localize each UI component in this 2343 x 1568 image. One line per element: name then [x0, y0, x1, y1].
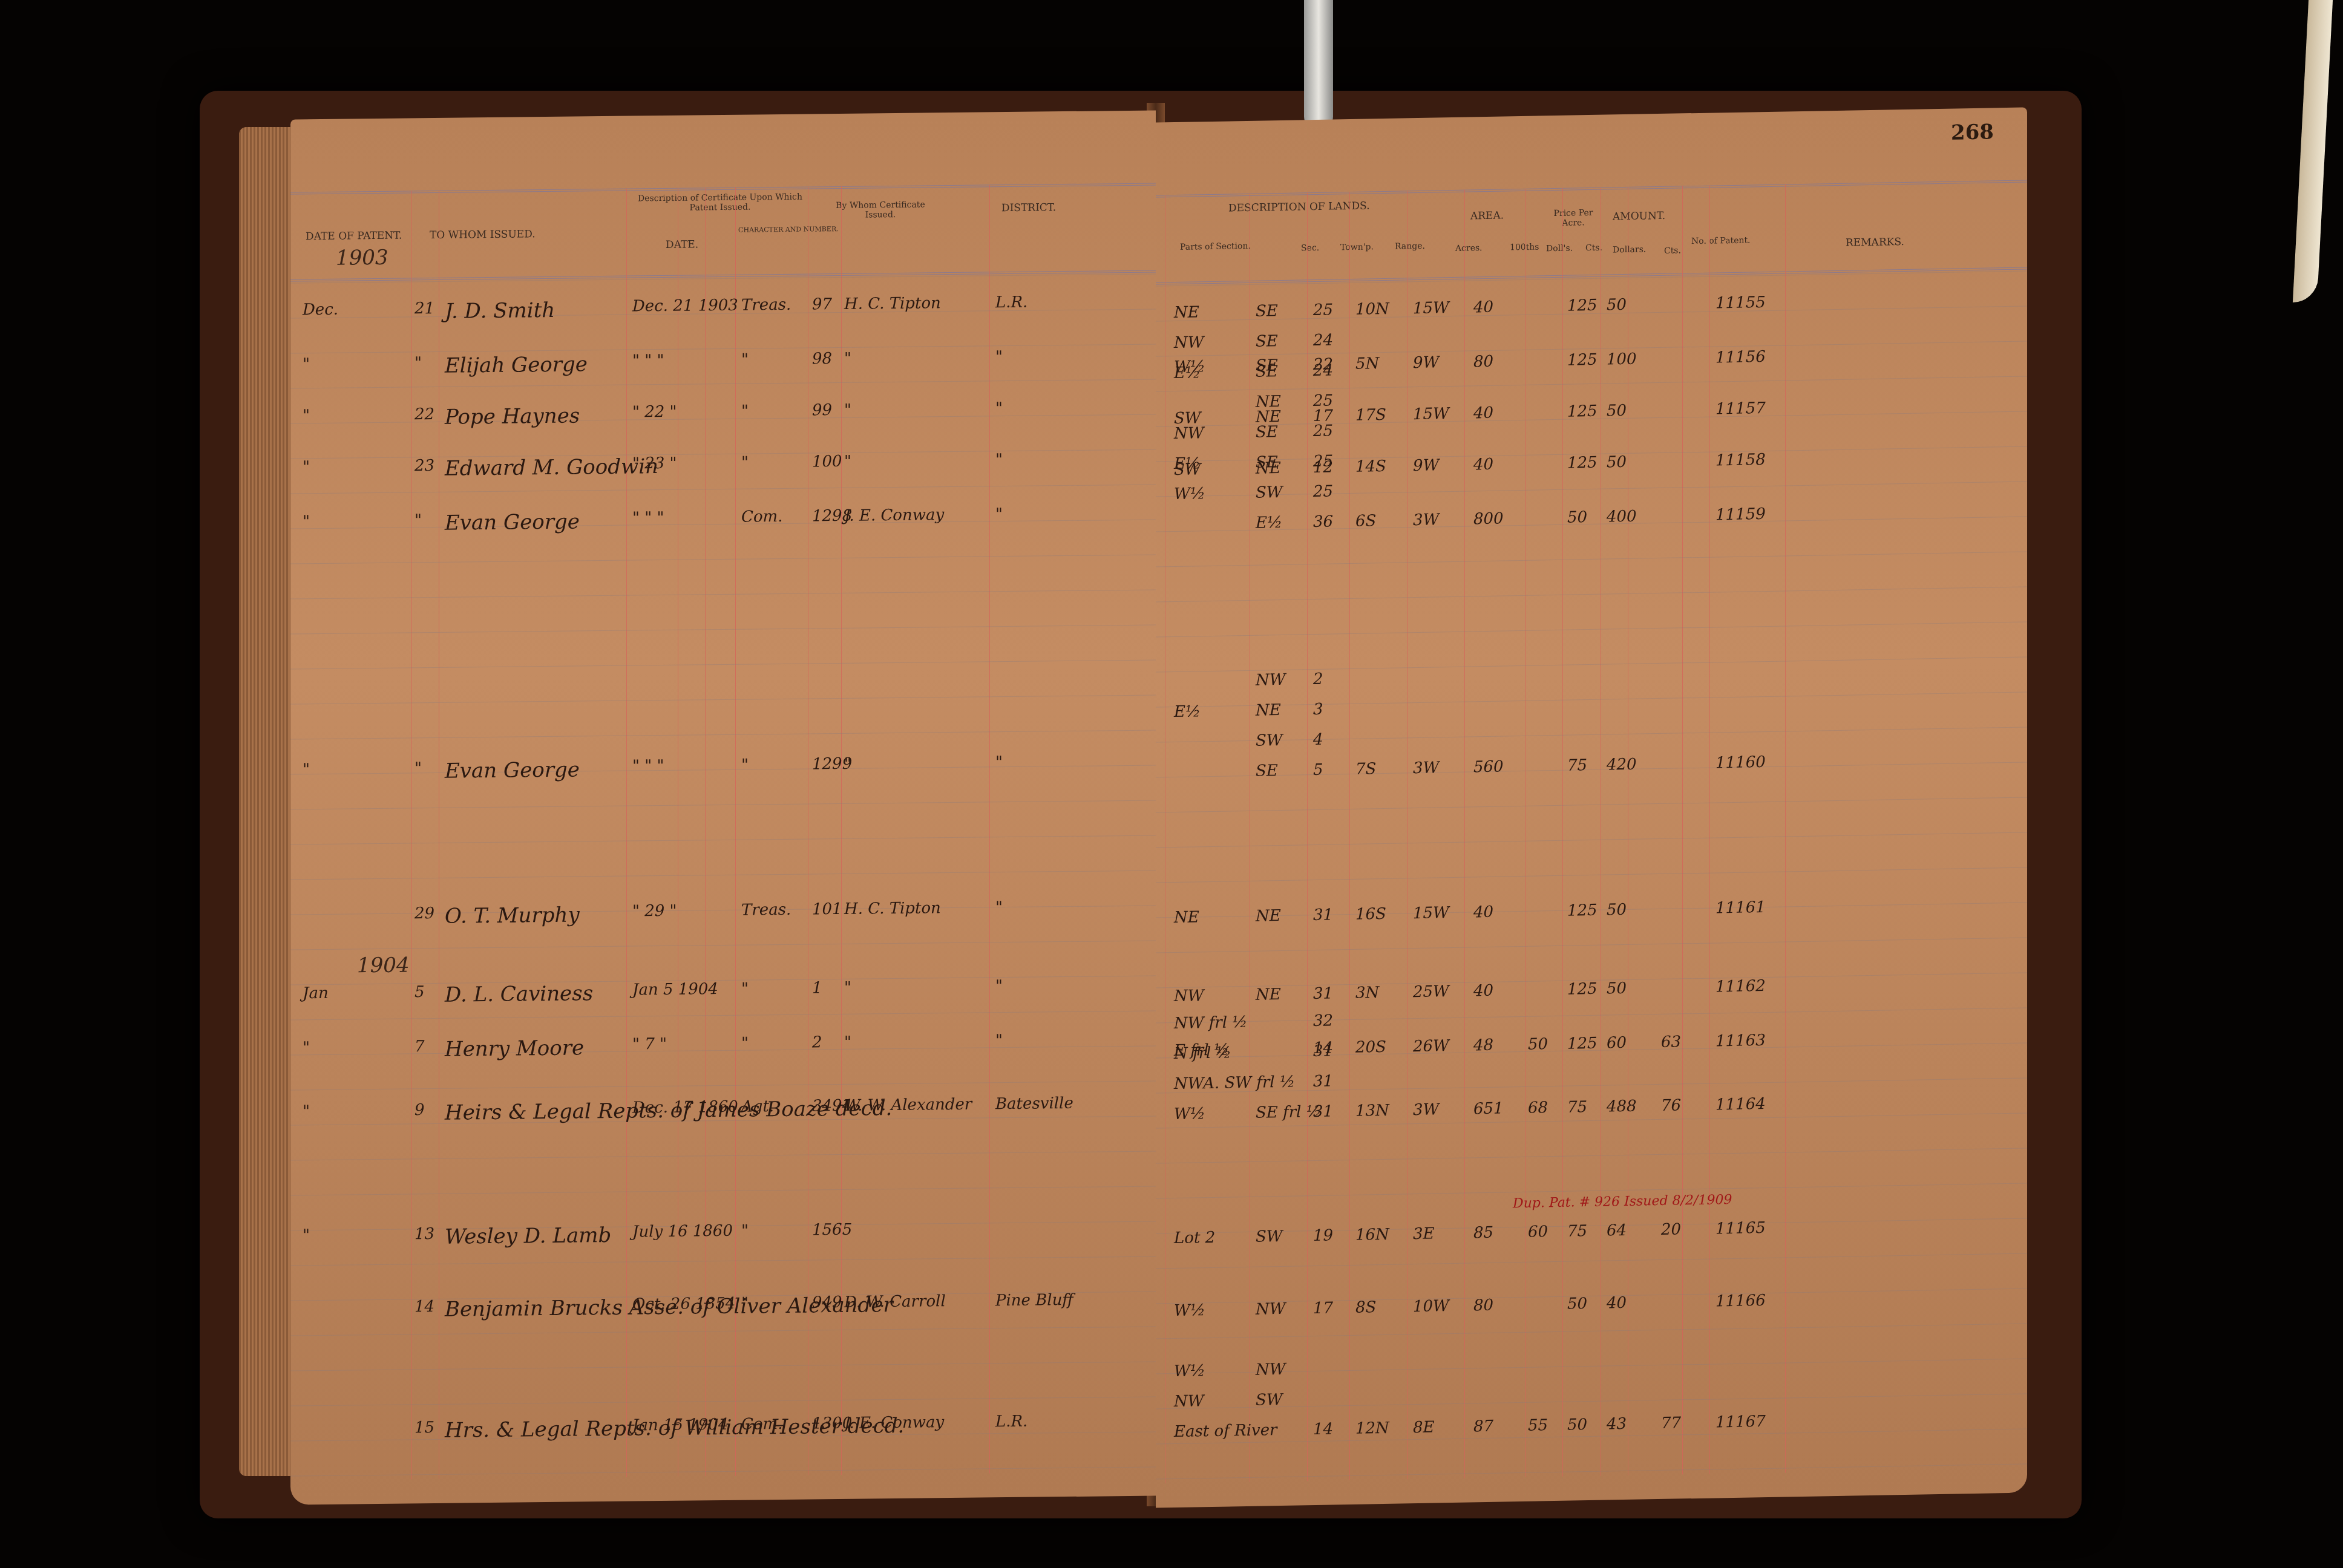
land-quarter: SE frl ½: [1256, 1103, 1322, 1122]
certificate-date: Oct. 26 1854: [632, 1295, 735, 1314]
land-section: 2: [1313, 670, 1323, 688]
duplicate-patent-annotation: Dup. Pat. # 926 Issued 8/2/1909: [1513, 1192, 1732, 1211]
certificate-number: 1565: [812, 1221, 852, 1240]
area-acres: 651: [1473, 1100, 1504, 1119]
patent-day: 7: [415, 1037, 425, 1056]
land-part-of-section: E½: [1174, 702, 1201, 721]
patent-number: 11165: [1715, 1219, 1766, 1238]
patent-month: ": [303, 760, 310, 779]
patent-month: ": [303, 407, 310, 425]
land-section: 24: [1313, 331, 1333, 350]
patent-number: 11157: [1715, 399, 1766, 418]
patent-day: 23: [415, 457, 434, 475]
price-per-acre: 125: [1567, 1034, 1597, 1053]
patent-month: ": [303, 512, 310, 531]
land-district: L.R.: [995, 1413, 1027, 1431]
amount-dollars: 50: [1607, 979, 1627, 998]
patent-day: 5: [415, 983, 425, 1001]
certificate-date: " " ": [632, 757, 664, 776]
area-acres: 40: [1473, 298, 1493, 317]
patent-day: 29: [415, 904, 434, 923]
land-quarter: NE: [1256, 985, 1281, 1004]
certificate-character: Treas.: [741, 901, 791, 920]
land-township: 12N: [1355, 1419, 1389, 1438]
land-quarter: SE: [1256, 453, 1278, 472]
certificate-character: ": [741, 402, 749, 420]
header-certificate-description: Description of Certificate Upon Which Pa…: [629, 192, 811, 213]
patent-month: ": [303, 1039, 310, 1057]
land-quarter: SE: [1256, 762, 1278, 780]
land-range: 15W: [1413, 405, 1449, 423]
price-per-acre: 125: [1567, 296, 1597, 315]
patent-month: ": [303, 458, 310, 476]
land-section: 32: [1313, 1011, 1333, 1030]
price-per-acre: 75: [1567, 1098, 1587, 1117]
price-per-acre: 125: [1567, 980, 1597, 999]
patent-day: 9: [415, 1101, 425, 1119]
land-part-of-section: NE: [1174, 908, 1199, 927]
amount-dollars: 100: [1607, 350, 1637, 369]
land-section: 5: [1313, 761, 1323, 779]
certificate-character: Com.: [741, 508, 782, 526]
land-part-of-section: W½: [1174, 485, 1205, 503]
land-range: 26W: [1413, 1037, 1449, 1056]
issuing-officer: ": [844, 979, 851, 997]
certificate-character: ": [741, 1222, 749, 1240]
certificate-date: " " ": [632, 509, 664, 528]
land-quarter: SE: [1256, 423, 1278, 442]
land-quarter: NE: [1256, 907, 1281, 926]
land-section: 25: [1313, 422, 1333, 440]
price-per-acre: 50: [1567, 1416, 1587, 1434]
land-section: 3: [1313, 701, 1323, 719]
area-100ths: 55: [1528, 1416, 1548, 1435]
land-range: 3W: [1413, 759, 1439, 777]
land-part-of-section: W½: [1174, 1105, 1205, 1123]
land-district: ": [995, 753, 1003, 771]
land-section: 17: [1313, 1299, 1333, 1318]
certificate-character: ": [741, 756, 749, 774]
patent-number: 11155: [1715, 293, 1766, 312]
land-township: 6S: [1355, 512, 1376, 531]
land-district: Batesville: [995, 1094, 1073, 1113]
page-edges: [239, 127, 293, 1476]
header-remarks: REMARKS.: [1846, 236, 1904, 249]
land-section: 31: [1313, 1102, 1333, 1121]
land-section: 36: [1313, 512, 1333, 531]
issuing-officer: ": [844, 755, 851, 773]
land-section: 31: [1313, 906, 1333, 924]
header-sec: Sec.: [1301, 243, 1319, 253]
patent-day: 21: [415, 299, 434, 318]
left-page: DATE OF PATENT. TO WHOM ISSUED. Descript…: [290, 111, 1156, 1505]
patent-number: 11160: [1715, 753, 1766, 772]
header-to-whom-issued: TO WHOM ISSUED.: [430, 228, 536, 241]
certificate-character: ": [741, 980, 749, 998]
certificate-character: Treas.: [741, 296, 791, 315]
area-acres: 85: [1473, 1224, 1493, 1243]
issuing-officer: ": [844, 350, 851, 368]
certificate-number: 101: [812, 900, 842, 919]
amount-dollars: 50: [1607, 901, 1627, 920]
certificate-date: " 23 ": [632, 454, 677, 473]
land-quarter: NW: [1256, 1300, 1285, 1319]
area-acres: 40: [1473, 903, 1493, 922]
issuing-officer: H. C. Tipton: [844, 294, 941, 313]
header-area: AREA.: [1470, 210, 1504, 223]
land-township: 17S: [1355, 406, 1386, 425]
land-quarter: NW: [1256, 1361, 1285, 1379]
patent-day: 13: [415, 1225, 434, 1243]
area-acres: 40: [1473, 404, 1493, 423]
price-per-acre: 75: [1567, 1222, 1587, 1241]
patent-month: ": [303, 1226, 310, 1244]
land-township: 13N: [1355, 1102, 1389, 1120]
patent-number: 11162: [1715, 977, 1766, 996]
land-section: 31: [1313, 1042, 1333, 1060]
land-quarter: SW: [1256, 483, 1283, 502]
land-part-of-section: NW: [1174, 987, 1204, 1005]
certificate-character: ": [741, 351, 749, 369]
amount-dollars: 50: [1607, 296, 1627, 315]
land-section: 24: [1313, 361, 1333, 380]
patent-number: 11161: [1715, 898, 1766, 917]
land-section: 25: [1313, 301, 1333, 319]
area-acres: 48: [1473, 1036, 1493, 1055]
certificate-date: Dec. 17 1860: [632, 1098, 738, 1117]
land-township: 8S: [1355, 1298, 1376, 1317]
patent-day: 22: [415, 405, 434, 423]
amount-dollars: 50: [1607, 402, 1627, 420]
issuing-officer: D. W. Carroll: [844, 1292, 946, 1312]
certificate-date: Jan 5 1904: [632, 980, 718, 999]
page-number: 268: [1951, 120, 1994, 145]
header-price-per-acre: Price Per Acre.: [1549, 208, 1597, 228]
amount-dollars: 60: [1607, 1034, 1627, 1053]
header-dollars: Dollars.: [1613, 244, 1646, 255]
land-section: 25: [1313, 482, 1333, 501]
issuing-officer: W. W. Alexander: [844, 1096, 972, 1115]
certificate-number: 98: [812, 350, 832, 368]
land-district: Pine Bluff: [995, 1291, 1073, 1310]
certificate-date: Dec. 21 1903: [632, 296, 738, 316]
price-per-acre: 50: [1567, 1295, 1587, 1313]
patent-number: 11156: [1715, 348, 1766, 367]
land-quarter: SW: [1256, 731, 1283, 750]
certificate-character: Com.: [741, 1415, 782, 1434]
land-range: 10W: [1413, 1297, 1449, 1316]
land-township: 5N: [1355, 354, 1379, 373]
land-section: 19: [1313, 1226, 1333, 1245]
amount-cents: 76: [1661, 1096, 1681, 1115]
issuing-officer: ": [844, 1033, 851, 1051]
certificate-number: 100: [812, 452, 842, 471]
land-district: ": [995, 977, 1003, 995]
certificate-date: " 7 ": [632, 1035, 667, 1054]
header-no-of-patent: No. of Patent.: [1691, 235, 1751, 246]
land-part-of-section: NW: [1174, 333, 1204, 352]
patent-month: ": [303, 1102, 310, 1120]
metal-page-holder: [1304, 0, 1333, 130]
ivory-page-turner: [2293, 0, 2333, 302]
issuing-officer: J. E. Conway: [844, 506, 944, 525]
header-date-of-patent: DATE OF PATENT.: [306, 230, 402, 243]
amount-dollars: 488: [1607, 1097, 1637, 1116]
area-100ths: 68: [1528, 1099, 1548, 1117]
land-section: 25: [1313, 452, 1333, 471]
area-acres: 80: [1473, 1296, 1493, 1315]
land-township: 20S: [1355, 1038, 1386, 1057]
price-per-acre: 125: [1567, 454, 1597, 472]
land-quarter: SE: [1256, 362, 1278, 381]
land-district: ": [995, 898, 1003, 916]
header-township: Town'p.: [1340, 242, 1374, 252]
certificate-number: 2: [812, 1033, 822, 1051]
land-quarter: E½: [1256, 514, 1282, 532]
land-township: 14S: [1355, 457, 1386, 476]
grantee-name: Henry Moore: [445, 1036, 584, 1061]
land-section: 4: [1313, 731, 1323, 749]
year-label-1903: 1903: [336, 246, 388, 270]
certificate-number: 97: [812, 295, 832, 313]
certificate-number: 99: [812, 401, 832, 419]
land-quarter: SE: [1256, 302, 1278, 321]
land-district: L.R.: [995, 293, 1027, 312]
certificate-number: 949: [812, 1293, 842, 1312]
issuing-officer: ": [844, 401, 851, 419]
certificate-date: " 29 ": [632, 902, 677, 921]
land-part-of-section: NW frl ½: [1174, 1013, 1248, 1033]
grantee-name: Pope Haynes: [445, 403, 580, 429]
land-township: 16N: [1355, 1226, 1389, 1244]
patent-day: ": [415, 354, 422, 372]
patent-month: ": [303, 355, 310, 373]
certificate-character: ": [741, 454, 749, 472]
land-range: 15W: [1413, 299, 1449, 318]
amount-dollars: 400: [1607, 508, 1637, 526]
price-per-acre: 125: [1567, 351, 1597, 370]
land-part-of-section: NW: [1174, 424, 1204, 443]
area-acres: 87: [1473, 1417, 1493, 1436]
issuing-officer: J. E. Conway: [844, 1413, 944, 1432]
land-part-of-section: W½: [1174, 1362, 1205, 1380]
land-part-of-section: NWA. SW frl ½: [1174, 1073, 1295, 1093]
land-range: 3W: [1413, 511, 1439, 529]
patent-day: 14: [415, 1298, 434, 1316]
header-acres: Acres.: [1455, 243, 1483, 253]
certificate-date: July 16 1860: [632, 1222, 733, 1241]
land-township: 16S: [1355, 905, 1386, 924]
land-range: 3E: [1413, 1225, 1435, 1244]
certificate-date: " " ": [632, 351, 664, 370]
right-header-band: DESCRIPTION OF LANDS. Parts of Section. …: [1156, 180, 2027, 284]
patent-month: Jan: [303, 984, 329, 1002]
land-range: 3W: [1413, 1100, 1439, 1119]
land-quarter: NE: [1256, 393, 1281, 411]
right-page: 268 DESCRIPTION OF LANDS. Parts of Secti…: [1156, 107, 2027, 1508]
land-range: 8E: [1413, 1419, 1435, 1437]
issuing-officer: ": [844, 452, 851, 471]
land-range: 9W: [1413, 353, 1439, 372]
land-quarter: SW: [1256, 1391, 1283, 1410]
land-district: ": [995, 348, 1003, 366]
left-header-band: DATE OF PATENT. TO WHOM ISSUED. Descript…: [290, 183, 1156, 282]
land-part-of-section: East of River: [1174, 1421, 1277, 1441]
land-quarter: NE: [1256, 701, 1281, 720]
land-district: ": [995, 399, 1003, 417]
land-section: 25: [1313, 391, 1333, 410]
land-quarter: SE: [1256, 332, 1278, 351]
grantee-name: D. L. Caviness: [445, 981, 593, 1007]
land-quarter: SW: [1256, 1227, 1283, 1246]
amount-dollars: 420: [1607, 756, 1637, 774]
amount-cents: 77: [1661, 1414, 1681, 1432]
header-character-number: CHARACTER AND NUMBER.: [738, 225, 839, 234]
land-part-of-section: Lot 2: [1174, 1229, 1215, 1247]
land-township: 10N: [1355, 300, 1389, 319]
patent-day: ": [415, 759, 422, 777]
header-cts: Cts.: [1585, 243, 1602, 253]
header-cert-date: DATE.: [666, 238, 698, 251]
area-acres: 40: [1473, 456, 1493, 474]
certificate-date: " 22 ": [632, 403, 677, 422]
header-by-whom: By Whom Certificate Issued.: [835, 200, 926, 220]
area-acres: 80: [1473, 353, 1493, 371]
grantee-name: Wesley D. Lamb: [445, 1223, 611, 1249]
issuing-officer: H. C. Tipton: [844, 899, 941, 918]
amount-dollars: 64: [1607, 1221, 1627, 1240]
amount-cents: 63: [1661, 1033, 1681, 1051]
land-section: 14: [1313, 1420, 1333, 1439]
certificate-character: ": [741, 1295, 749, 1313]
area-acres: 800: [1473, 510, 1504, 529]
land-range: 15W: [1413, 904, 1449, 923]
patent-number: 11163: [1715, 1031, 1766, 1050]
area-100ths: 50: [1528, 1035, 1548, 1054]
amount-dollars: 40: [1607, 1294, 1627, 1313]
amount-dollars: 43: [1607, 1415, 1627, 1434]
land-part-of-section: W½: [1174, 1301, 1205, 1320]
land-district: ": [995, 451, 1003, 469]
land-part-of-section: NE: [1174, 303, 1199, 322]
patent-number: 11167: [1715, 1413, 1766, 1431]
grantee-name: Elijah George: [445, 352, 588, 377]
grantee-name: J. D. Smith: [445, 298, 555, 324]
area-100ths: 60: [1528, 1223, 1548, 1241]
land-district: ": [995, 505, 1003, 523]
land-part-of-section: E½: [1174, 454, 1201, 473]
land-township: 3N: [1355, 984, 1379, 1002]
grantee-name: O. T. Murphy: [445, 903, 580, 928]
header-amount-cts: Cts.: [1664, 246, 1681, 255]
grantee-name: Edward M. Goodwin: [445, 454, 658, 481]
patent-number: 11166: [1715, 1292, 1766, 1310]
land-part-of-section: E½: [1174, 364, 1201, 382]
patent-day: 15: [415, 1419, 434, 1437]
year-label-1904: 1904: [357, 953, 410, 978]
header-dolls: Doll's.: [1546, 244, 1573, 254]
land-range: 25W: [1413, 982, 1449, 1001]
price-per-acre: 50: [1567, 508, 1587, 527]
price-per-acre: 125: [1567, 901, 1597, 920]
land-range: 9W: [1413, 456, 1439, 475]
area-acres: 40: [1473, 982, 1493, 1001]
land-section: 31: [1313, 984, 1333, 1003]
amount-dollars: 50: [1607, 453, 1627, 472]
grantee-name: Evan George: [445, 509, 580, 535]
amount-cents: 20: [1661, 1220, 1681, 1239]
price-per-acre: 125: [1567, 402, 1597, 421]
patent-month: Dec.: [303, 301, 338, 319]
patent-number: 11164: [1715, 1095, 1766, 1114]
land-section: 31: [1313, 1072, 1333, 1091]
price-per-acre: 75: [1567, 756, 1587, 775]
header-parts-of-section: Parts of Section.: [1180, 241, 1251, 252]
area-acres: 560: [1473, 758, 1504, 777]
certificate-character: ": [741, 1034, 749, 1053]
land-district: ": [995, 1031, 1003, 1050]
header-range: Range.: [1395, 241, 1425, 252]
land-part-of-section: NW: [1174, 1392, 1204, 1411]
patent-number: 11158: [1715, 451, 1766, 469]
land-part-of-section: N frl ½: [1174, 1044, 1231, 1063]
land-quarter: NW: [1256, 671, 1285, 690]
land-township: 7S: [1355, 760, 1376, 779]
grantee-name: Evan George: [445, 757, 580, 783]
certificate-date: Jan 15 1904: [632, 1416, 728, 1435]
header-district: DISTRICT.: [1001, 201, 1056, 214]
header-amount: AMOUNT.: [1613, 210, 1665, 223]
certificate-character: Agt.: [741, 1097, 774, 1116]
patent-day: ": [415, 511, 422, 529]
certificate-number: 1: [812, 979, 822, 997]
patent-number: 11159: [1715, 505, 1766, 524]
